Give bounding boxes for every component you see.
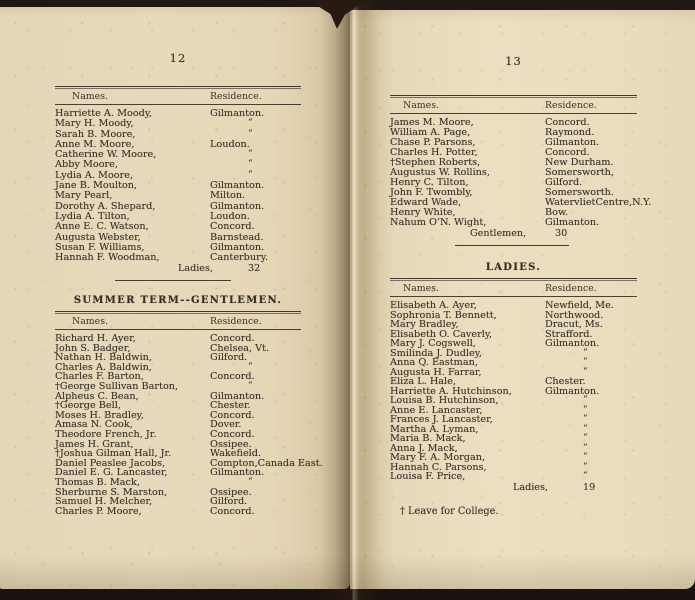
table-row: Charles P. Moore,Concord.: [55, 506, 301, 516]
table-row: Louisa B. Hutchinson,“: [390, 395, 637, 405]
column-header-residence: Residence.: [210, 316, 262, 327]
table-row: Maria B. Mack,“: [390, 433, 637, 443]
section: Names.Residence.James M. Moore,Concord.W…: [390, 95, 637, 239]
residence-cell: “: [583, 414, 588, 424]
total-label: Ladies,: [513, 482, 548, 493]
column-header-residence: Residence.: [545, 283, 597, 294]
residence-cell: “: [583, 405, 588, 415]
table-row: Chase P. Parsons,Gilmanton.: [390, 137, 637, 147]
residence-cell: “: [583, 357, 588, 367]
residence-cell: “: [248, 149, 253, 159]
page-12: 12 Names.Residence.Harriette A. Moody,Gi…: [0, 7, 350, 589]
residence-cell: “: [248, 362, 253, 372]
table-row: Anne E. C. Watson,Concord.: [55, 221, 301, 231]
table-row: James H. Grant,Ossipee.: [55, 439, 301, 449]
residence-cell: “: [583, 462, 588, 472]
table-row: Mary F. A. Morgan,“: [390, 452, 637, 462]
table-row: Jane B. Moulton,Gilmanton.: [55, 180, 301, 190]
table-row: †Stephen Roberts,New Durham.: [390, 157, 637, 167]
column-header-residence: Residence.: [210, 91, 262, 102]
section-divider: [115, 280, 231, 282]
table-row: Anna Q. Eastman,“: [390, 357, 637, 367]
residence-cell: “: [583, 452, 588, 462]
table-row: Nahum O’N. Wight,Gilmanton.: [390, 217, 637, 227]
table-row: Anne M. Moore,Loudon.: [55, 139, 301, 149]
name-cell: Nahum O’N. Wight,: [390, 217, 486, 228]
total-value: 32: [248, 263, 260, 274]
table-row: Lydia A. Moore,“: [55, 170, 301, 180]
total-row: Ladies,32: [55, 263, 301, 274]
section: SUMMER TERM--GENTLEMEN.Names.Residence.R…: [55, 280, 301, 515]
data-table: Names.Residence.James M. Moore,Concord.W…: [390, 95, 637, 239]
residence-cell: “: [583, 424, 588, 434]
name-cell: Charles P. Moore,: [55, 506, 142, 517]
total-value: 30: [555, 228, 567, 239]
residence-cell: “: [583, 395, 588, 405]
table-row: John F. Twombly,Somersworth.: [390, 187, 637, 197]
table-row: Dorothy A. Shepard,Gilmanton.: [55, 201, 301, 211]
table-row: Frances J. Lancaster,“: [390, 414, 637, 424]
data-table: Names.Residence.Richard H. Ayer,Concord.…: [55, 311, 301, 515]
table-body: Richard H. Ayer,Concord.John S. Badger,C…: [55, 330, 301, 515]
table-row: Augusta Webster,Barnstead.: [55, 232, 301, 242]
residence-cell: “: [248, 118, 253, 128]
page-number: 13: [390, 54, 637, 68]
table-row: Daniel E. G. Lancaster,Gilmanton.: [55, 467, 301, 477]
residence-cell: “: [248, 381, 253, 391]
residence-cell: “: [583, 443, 588, 453]
table-row: Richard H. Ayer,Concord.: [55, 333, 301, 343]
table-header-row: Names.Residence.: [55, 89, 301, 105]
table-row: Martha A. Lyman,“: [390, 424, 637, 434]
table-row: Moses H. Bradley,Concord.: [55, 410, 301, 420]
table-row: Hannah C. Parsons,“: [390, 462, 637, 472]
page-number: 12: [55, 51, 301, 65]
residence-cell: “: [583, 348, 588, 358]
table-body: Harriette A. Moody,Gilmanton.Mary H. Moo…: [55, 105, 301, 262]
total-label: Ladies,: [178, 263, 213, 274]
residence-cell: “: [583, 367, 588, 377]
table-row: Mary Bradley,Dracut, Ms.: [390, 319, 637, 329]
table-row: Sarah B. Moore,“: [55, 129, 301, 139]
table-row: Alpheus C. Bean,Gilmanton.: [55, 391, 301, 401]
table-row: Daniel Peaslee Jacobs,Compton,Canada Eas…: [55, 458, 301, 468]
table-row: Samuel H. Melcher,Gilford.: [55, 496, 301, 506]
data-table: Names.Residence.Harriette A. Moody,Gilma…: [55, 86, 301, 274]
table-row: Louisa F. Price,“: [390, 471, 637, 481]
table-body: James M. Moore,Concord.William A. Page,R…: [390, 114, 637, 227]
table-row: Abby Moore,“: [55, 159, 301, 169]
total-row: Gentlemen,30: [390, 228, 637, 239]
residence-cell: Concord.: [210, 506, 255, 517]
table-row: Mary H. Moody,“: [55, 118, 301, 128]
column-header-names: Names.: [403, 283, 439, 294]
footnote: † Leave for College.: [400, 506, 640, 517]
table-row: Amasa N. Cook,Dover.: [55, 419, 301, 429]
column-header-residence: Residence.: [545, 100, 597, 111]
section-heading: SUMMER TERM--GENTLEMEN.: [55, 295, 301, 306]
table-row: Catherine W. Moore,“: [55, 149, 301, 159]
residence-cell: “: [583, 471, 588, 481]
table-row: Mary Pearl,Milton.: [55, 190, 301, 200]
residence-cell: “: [248, 170, 253, 180]
name-cell: Louisa F. Price,: [390, 471, 465, 482]
total-value: 19: [583, 482, 595, 493]
section: Names.Residence.Harriette A. Moody,Gilma…: [55, 86, 301, 274]
section: LADIES.Names.Residence.Elisabeth A. Ayer…: [390, 245, 637, 493]
table-row: James M. Moore,Concord.: [390, 117, 637, 127]
table-row: Charles H. Potter,Concord.: [390, 147, 637, 157]
residence-cell: “: [583, 433, 588, 443]
page-13: 13 Names.Residence.James M. Moore,Concor…: [350, 10, 695, 589]
table-header-row: Names.Residence.: [390, 281, 637, 297]
table-row: Thomas B. Mack,“: [55, 477, 301, 487]
column-header-names: Names.: [72, 91, 108, 102]
name-cell: Hannah F. Woodman,: [55, 252, 160, 263]
table-row: Eliza L. Hale,Chester.: [390, 376, 637, 386]
residence-cell: Gilmanton.: [545, 217, 599, 228]
table-row: Anne E. Lancaster,“: [390, 405, 637, 415]
table-row: Charles A. Baldwin,“: [55, 362, 301, 372]
table-row: Sophronia T. Bennett,Northwood.: [390, 310, 637, 320]
table-body: Elisabeth A. Ayer,Newfield, Me.Sophronia…: [390, 297, 637, 481]
table-row: Hannah F. Woodman,Canterbury.: [55, 252, 301, 262]
data-table: Names.Residence.Elisabeth A. Ayer,Newfie…: [390, 278, 637, 493]
table-row: Theodore French, Jr.Concord.: [55, 429, 301, 439]
table-row: Henry C. Tilton,Gilford.: [390, 177, 637, 187]
table-row: Charles F. Barton,Concord.: [55, 371, 301, 381]
table-row: Anna J. Mack,“: [390, 443, 637, 453]
column-header-names: Names.: [72, 316, 108, 327]
section: † Leave for College.: [400, 506, 640, 517]
table-row: Augusta H. Farrar,“: [390, 367, 637, 377]
residence-cell: “: [248, 159, 253, 169]
table-header-row: Names.Residence.: [55, 314, 301, 330]
table-row: Smilinda J. Dudley,“: [390, 348, 637, 358]
section-divider: [455, 245, 569, 247]
residence-cell: Canterbury.: [210, 252, 268, 263]
table-row: Augustus W. Rollins,Somersworth,: [390, 167, 637, 177]
table-row: Harriette A. Moody,Gilmanton.: [55, 108, 301, 118]
table-row: †George Sullivan Barton,“: [55, 381, 301, 391]
table-row: Mary J. Cogswell,Gilmanton.: [390, 338, 637, 348]
total-label: Gentlemen,: [470, 228, 526, 239]
book-spread: 12 Names.Residence.Harriette A. Moody,Gi…: [0, 0, 695, 600]
table-row: Lydia A. Tilton,Loudon.: [55, 211, 301, 221]
table-row: Susan F. Williams,Gilmanton.: [55, 242, 301, 252]
table-row: Harriette A. Hutchinson,Gilmanton.: [390, 386, 637, 396]
section-heading: LADIES.: [390, 262, 637, 273]
residence-cell: “: [248, 129, 253, 139]
residence-cell: “: [248, 477, 253, 487]
table-row: †George Bell,Chester.: [55, 400, 301, 410]
total-row: Ladies,19: [390, 482, 637, 493]
table-header-row: Names.Residence.: [390, 98, 637, 114]
table-row: William A. Page,Raymond.: [390, 127, 637, 137]
table-row: Henry White,Bow.: [390, 207, 637, 217]
column-header-names: Names.: [403, 100, 439, 111]
table-row: Nathan H. Baldwin,Gilford.: [55, 352, 301, 362]
table-row: Elisabeth O. Caverly,Strafford.: [390, 329, 637, 339]
table-row: †Joshua Gilman Hall, Jr.Wakefield.: [55, 448, 301, 458]
table-row: Edward Wade,WatervlietCentre,N.Y.: [390, 197, 637, 207]
table-row: John S. Badger,Chelsea, Vt.: [55, 343, 301, 353]
table-row: Sherburne S. Marston,Ossipee.: [55, 487, 301, 497]
table-row: Elisabeth A. Ayer,Newfield, Me.: [390, 300, 637, 310]
